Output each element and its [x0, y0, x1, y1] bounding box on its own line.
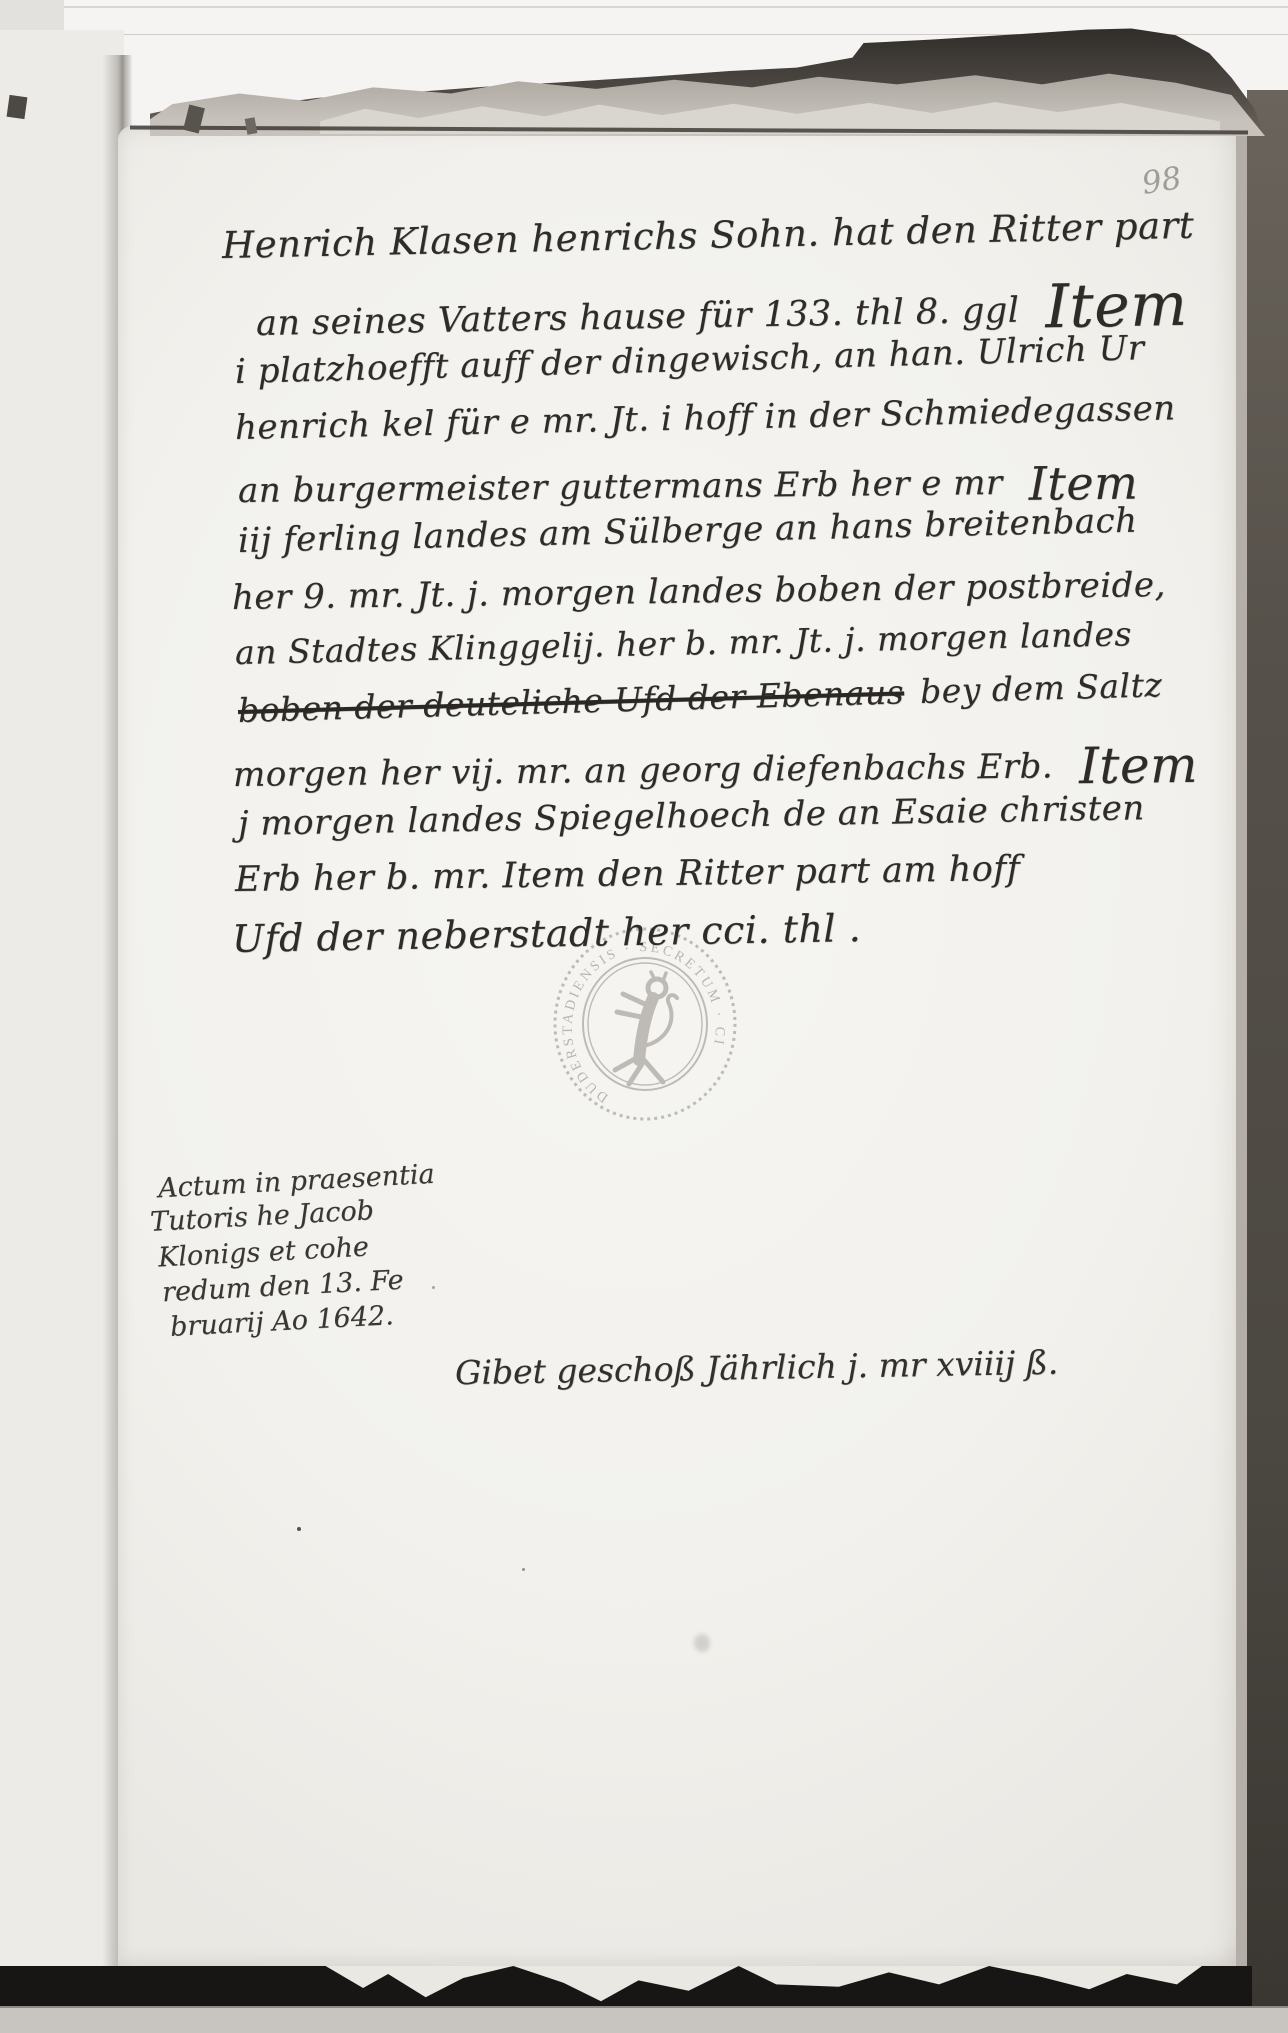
- paper-speck: [297, 1527, 301, 1531]
- item-flourish: Item: [1079, 736, 1198, 795]
- paper-stain: [694, 1634, 710, 1652]
- line-text: bey dem Saltz: [919, 665, 1162, 711]
- manuscript-scan: 98 Henrich Klasen henrichs Sohn. hat den…: [0, 0, 1288, 2033]
- book-cover-right-edge: [1247, 90, 1288, 2033]
- paper-speck: [432, 1286, 435, 1289]
- paper-fragment: [7, 95, 28, 119]
- line-text: an burgermeister guttermans Erb her e mr: [238, 463, 1003, 511]
- rampant-lion-icon: [615, 972, 677, 1084]
- line-text: morgen her vij. mr. an georg diefenbachs…: [233, 746, 1054, 795]
- paper-speck: [522, 1568, 525, 1571]
- scan-edge-line: [0, 6, 1288, 8]
- folio-number: 98: [1139, 160, 1184, 202]
- table-surface: [0, 2006, 1288, 2033]
